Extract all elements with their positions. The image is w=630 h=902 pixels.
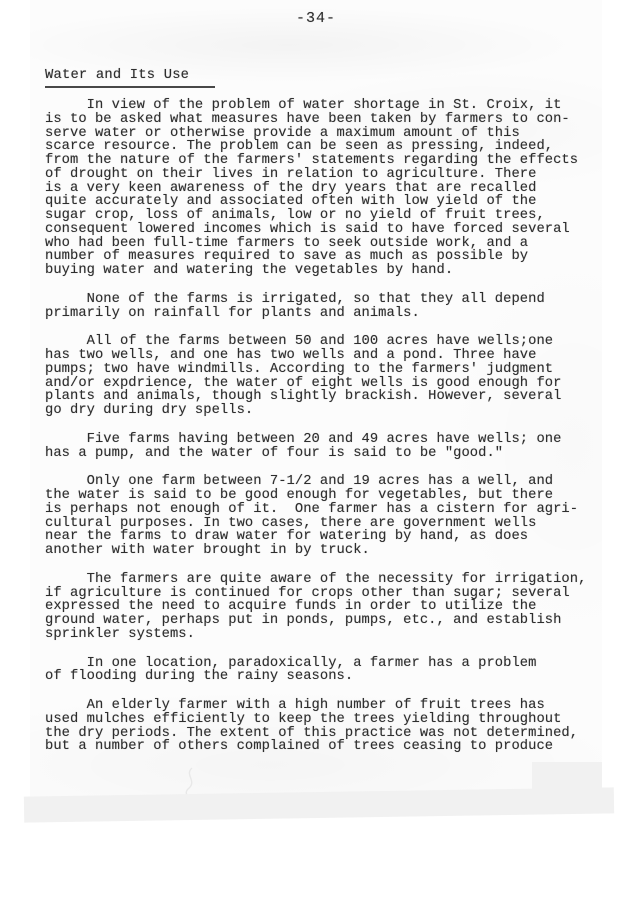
section-heading-text: Water and Its Use [45,68,215,88]
paragraph-5: Only one farm between 7-1/2 and 19 acres… [45,475,601,558]
page-body-text: Water and Its Use In view of the problem… [45,69,601,769]
paragraph-2: None of the farms is irrigated, so that … [45,293,601,321]
paragraph-3: All of the farms between 50 and 100 acre… [45,335,601,418]
paragraph-4: Five farms having between 20 and 49 acre… [45,433,601,461]
page-number: -34- [30,10,602,27]
paper-page: -34- Water and Its Use In view of the pr… [30,0,602,812]
paragraph-8: An elderly farmer with a high number of … [45,699,601,754]
scan-edge-shadow [24,787,614,822]
paragraph-1: In view of the problem of water shortage… [45,99,601,278]
paragraph-6: The farmers are quite aware of the neces… [45,573,601,642]
section-heading: Water and Its Use [45,69,601,83]
paragraph-7: In one location, paradoxically, a farmer… [45,657,601,685]
scanned-document-page: { "document": { "page_number": "-34-", "… [0,0,630,902]
